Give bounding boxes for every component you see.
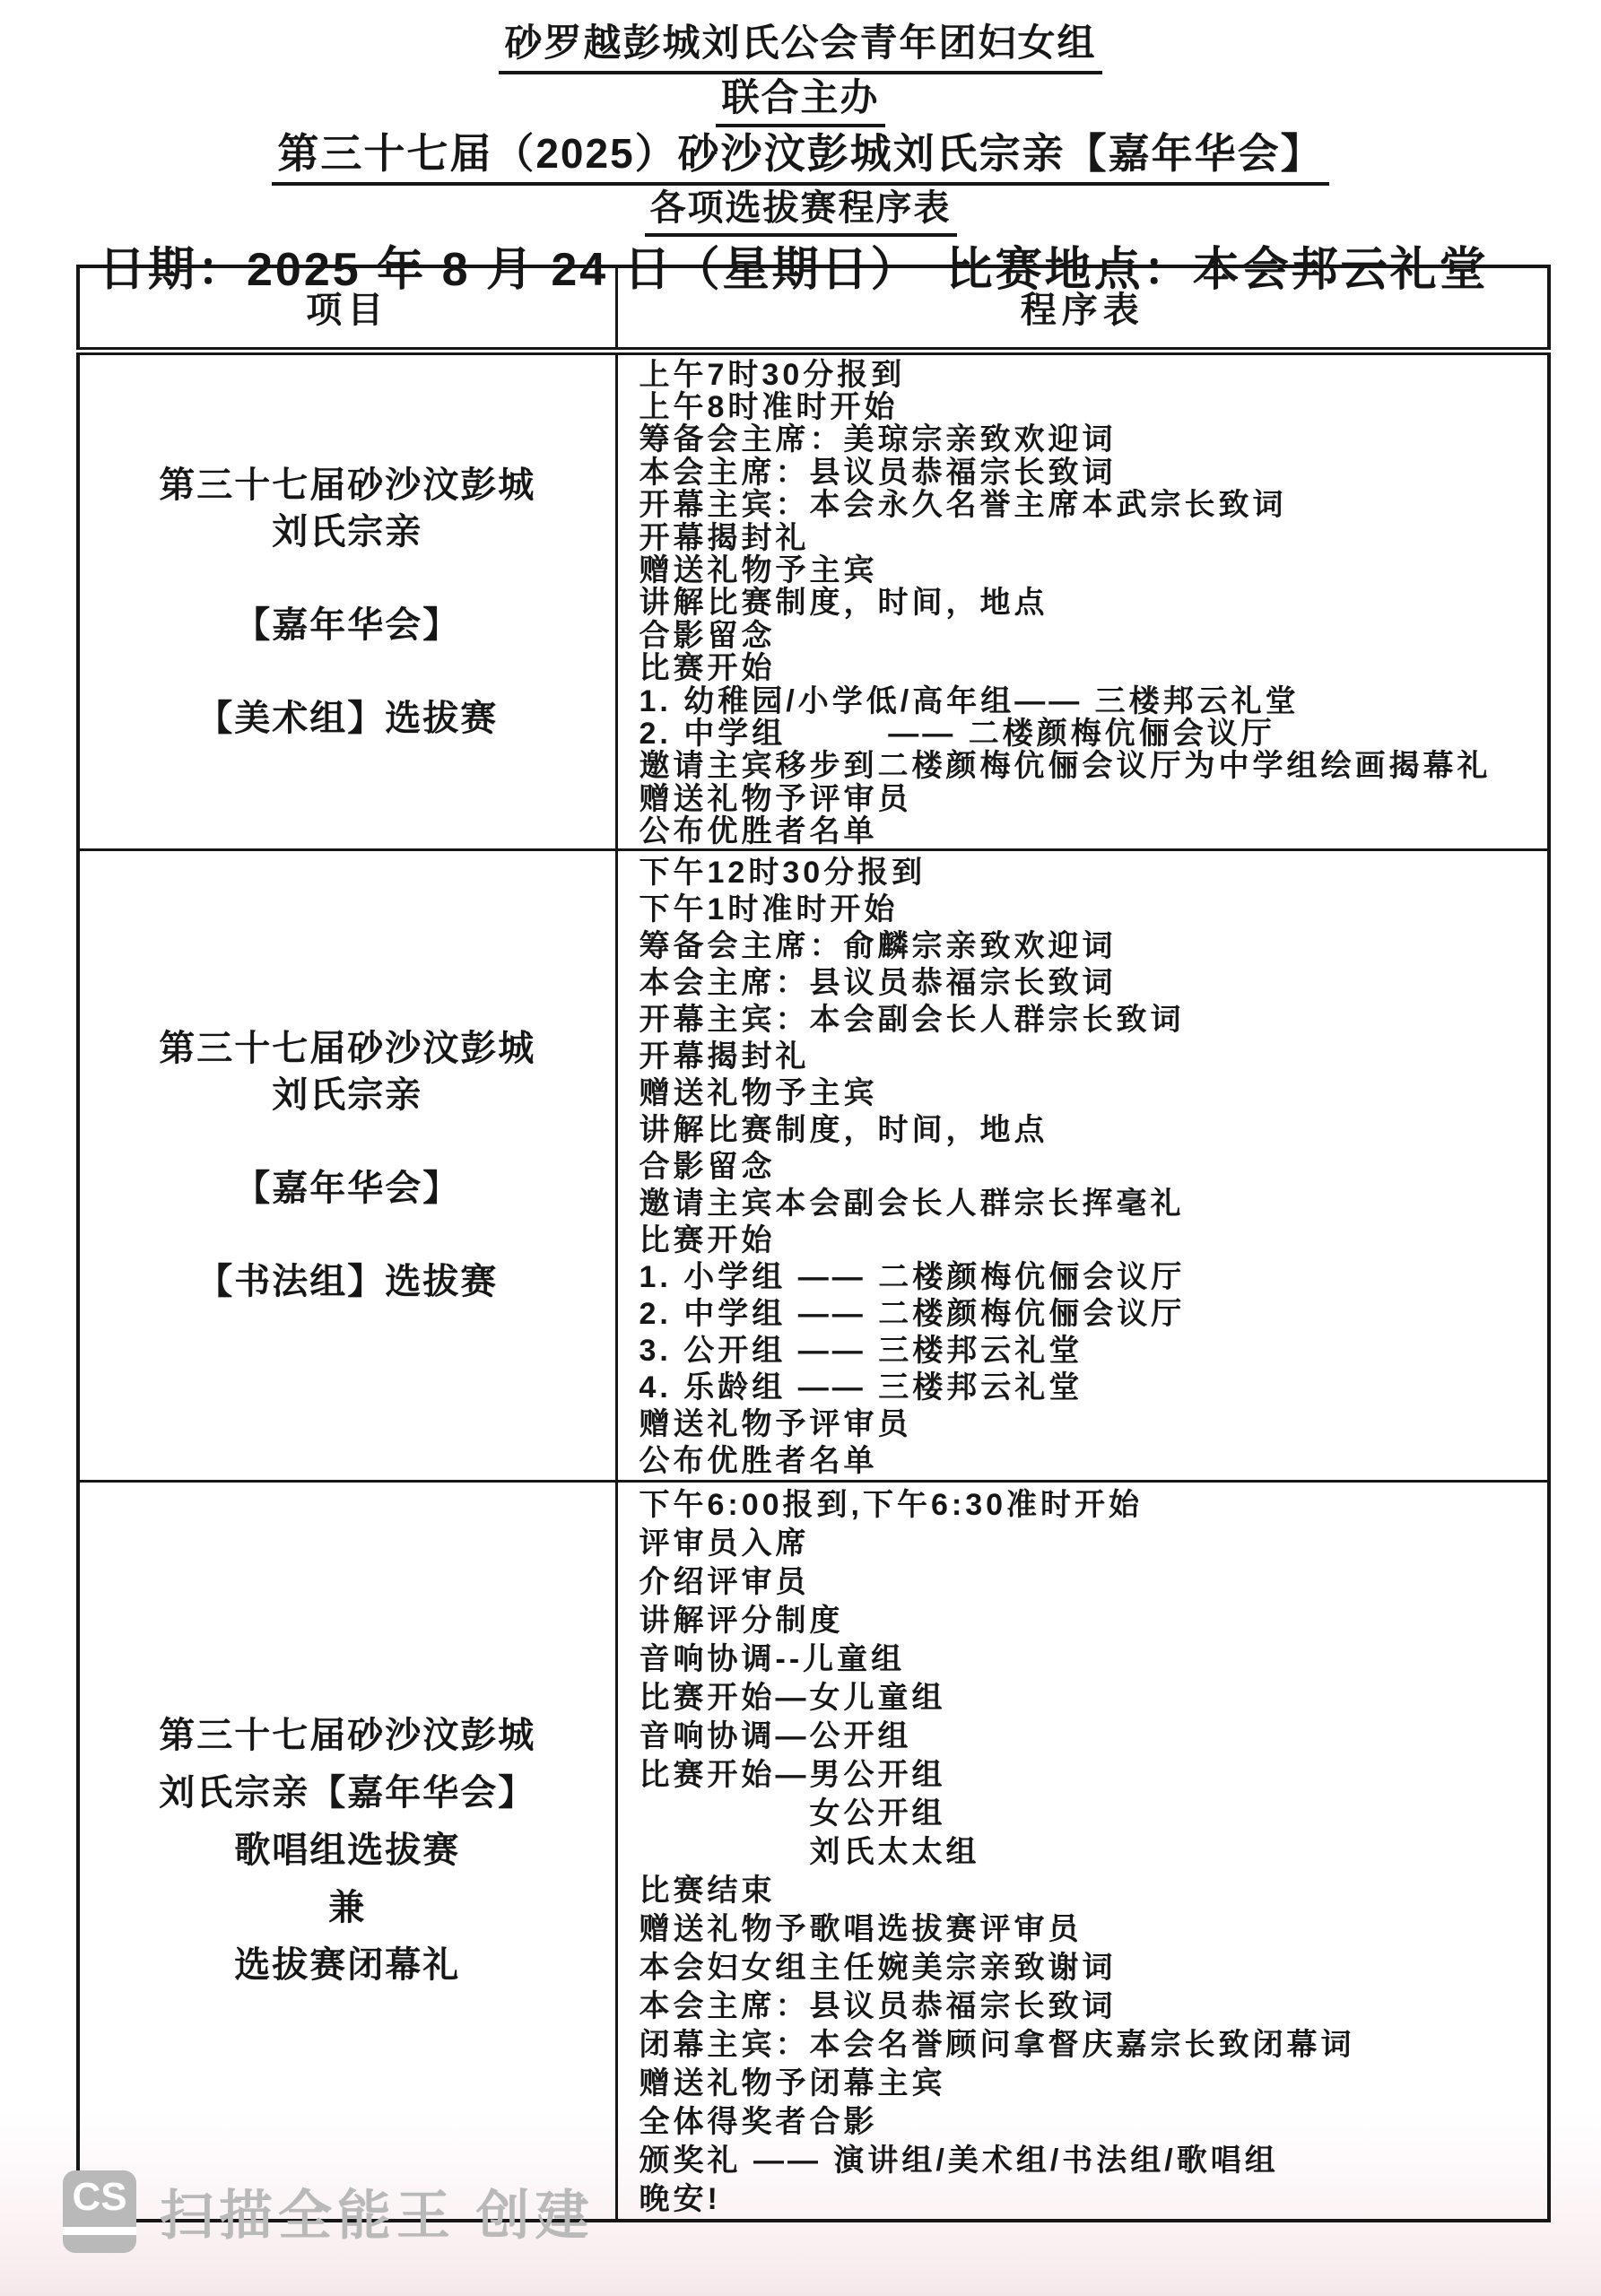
project-text-art: 第三十七届砂沙汶彭城 刘氏宗亲 【嘉年华会】 【美术组】选拔赛 — [89, 462, 606, 742]
title-cohost-text: 联合主办 — [716, 74, 884, 127]
table-row-singing-contest: 第三十七届砂沙汶彭城 刘氏宗亲【嘉年华会】 歌唱组选拔赛 兼 选拔赛闭幕礼 下午… — [78, 1481, 1549, 2221]
program-cell-calligraphy: 下午12时30分报到 下午1时准时开始 筹备会主席：俞麟宗亲致欢迎词 本会主席：… — [616, 849, 1549, 1481]
program-cell-art: 上午7时30分报到 上午8时准时开始 筹备会主席：美琼宗亲致欢迎词 本会主席：县… — [616, 351, 1549, 849]
camscanner-icon: CS — [63, 2170, 136, 2253]
project-text-singing: 第三十七届砂沙汶彭城 刘氏宗亲【嘉年华会】 歌唱组选拔赛 兼 选拔赛闭幕礼 — [89, 1707, 606, 1994]
project-cell-calligraphy: 第三十七届砂沙汶彭城 刘氏宗亲 【嘉年华会】 【书法组】选拔赛 — [78, 849, 616, 1481]
title-schedule-text: 各项选拔赛程序表 — [645, 186, 957, 237]
watermark-text: 扫描全能王 创建 — [160, 2173, 595, 2250]
title-line-event: 第三十七届（2025）砂沙汶彭城刘氏宗亲【嘉年华会】 — [0, 127, 1601, 186]
table-row-calligraphy-contest: 第三十七届砂沙汶彭城 刘氏宗亲 【嘉年华会】 【书法组】选拔赛 下午12时30分… — [78, 849, 1549, 1481]
scanner-watermark: CS 扫描全能王 创建 — [63, 2170, 595, 2253]
title-line-schedule: 各项选拔赛程序表 — [0, 186, 1601, 237]
project-text-calligraphy: 第三十七届砂沙汶彭城 刘氏宗亲 【嘉年华会】 【书法组】选拔赛 — [89, 1025, 606, 1305]
table-row-art-contest: 第三十七届砂沙汶彭城 刘氏宗亲 【嘉年华会】 【美术组】选拔赛 上午7时30分报… — [78, 351, 1549, 849]
program-table: 项目 程序表 第三十七届砂沙汶彭城 刘氏宗亲 【嘉年华会】 【美术组】选拔赛 上… — [76, 265, 1551, 2222]
project-cell-singing: 第三十七届砂沙汶彭城 刘氏宗亲【嘉年华会】 歌唱组选拔赛 兼 选拔赛闭幕礼 — [78, 1481, 616, 2221]
program-cell-singing: 下午6:00报到,下午6:30准时开始 评审员入席 介绍评审员 讲解评分制度 音… — [616, 1481, 1549, 2221]
project-cell-art: 第三十七届砂沙汶彭城 刘氏宗亲 【嘉年华会】 【美术组】选拔赛 — [78, 351, 616, 849]
title-organizer-text: 砂罗越彭城刘氏公会青年团妇女组 — [499, 18, 1101, 74]
scanned-document-page: 砂罗越彭城刘氏公会青年团妇女组 联合主办 第三十七届（2025）砂沙汶彭城刘氏宗… — [0, 0, 1601, 2296]
column-header-program: 程序表 — [616, 266, 1549, 351]
program-text-calligraphy: 下午12时30分报到 下午1时准时开始 筹备会主席：俞麟宗亲致欢迎词 本会主席：… — [640, 855, 1539, 1480]
title-line-cohost: 联合主办 — [0, 74, 1601, 127]
column-header-project: 项目 — [78, 266, 616, 351]
camscanner-icon-label: CS — [72, 2170, 126, 2224]
table-header-row: 项目 程序表 — [78, 266, 1549, 351]
title-event-text: 第三十七届（2025）砂沙汶彭城刘氏宗亲【嘉年华会】 — [272, 127, 1328, 186]
title-line-organizer: 砂罗越彭城刘氏公会青年团妇女组 — [0, 18, 1601, 74]
program-text-singing: 下午6:00报到,下午6:30准时开始 评审员入席 介绍评审员 讲解评分制度 音… — [640, 1486, 1539, 2219]
document-title-block: 砂罗越彭城刘氏公会青年团妇女组 联合主办 第三十七届（2025）砂沙汶彭城刘氏宗… — [0, 18, 1601, 298]
program-text-art: 上午7时30分报到 上午8时准时开始 筹备会主席：美琼宗亲致欢迎词 本会主席：县… — [640, 359, 1539, 848]
